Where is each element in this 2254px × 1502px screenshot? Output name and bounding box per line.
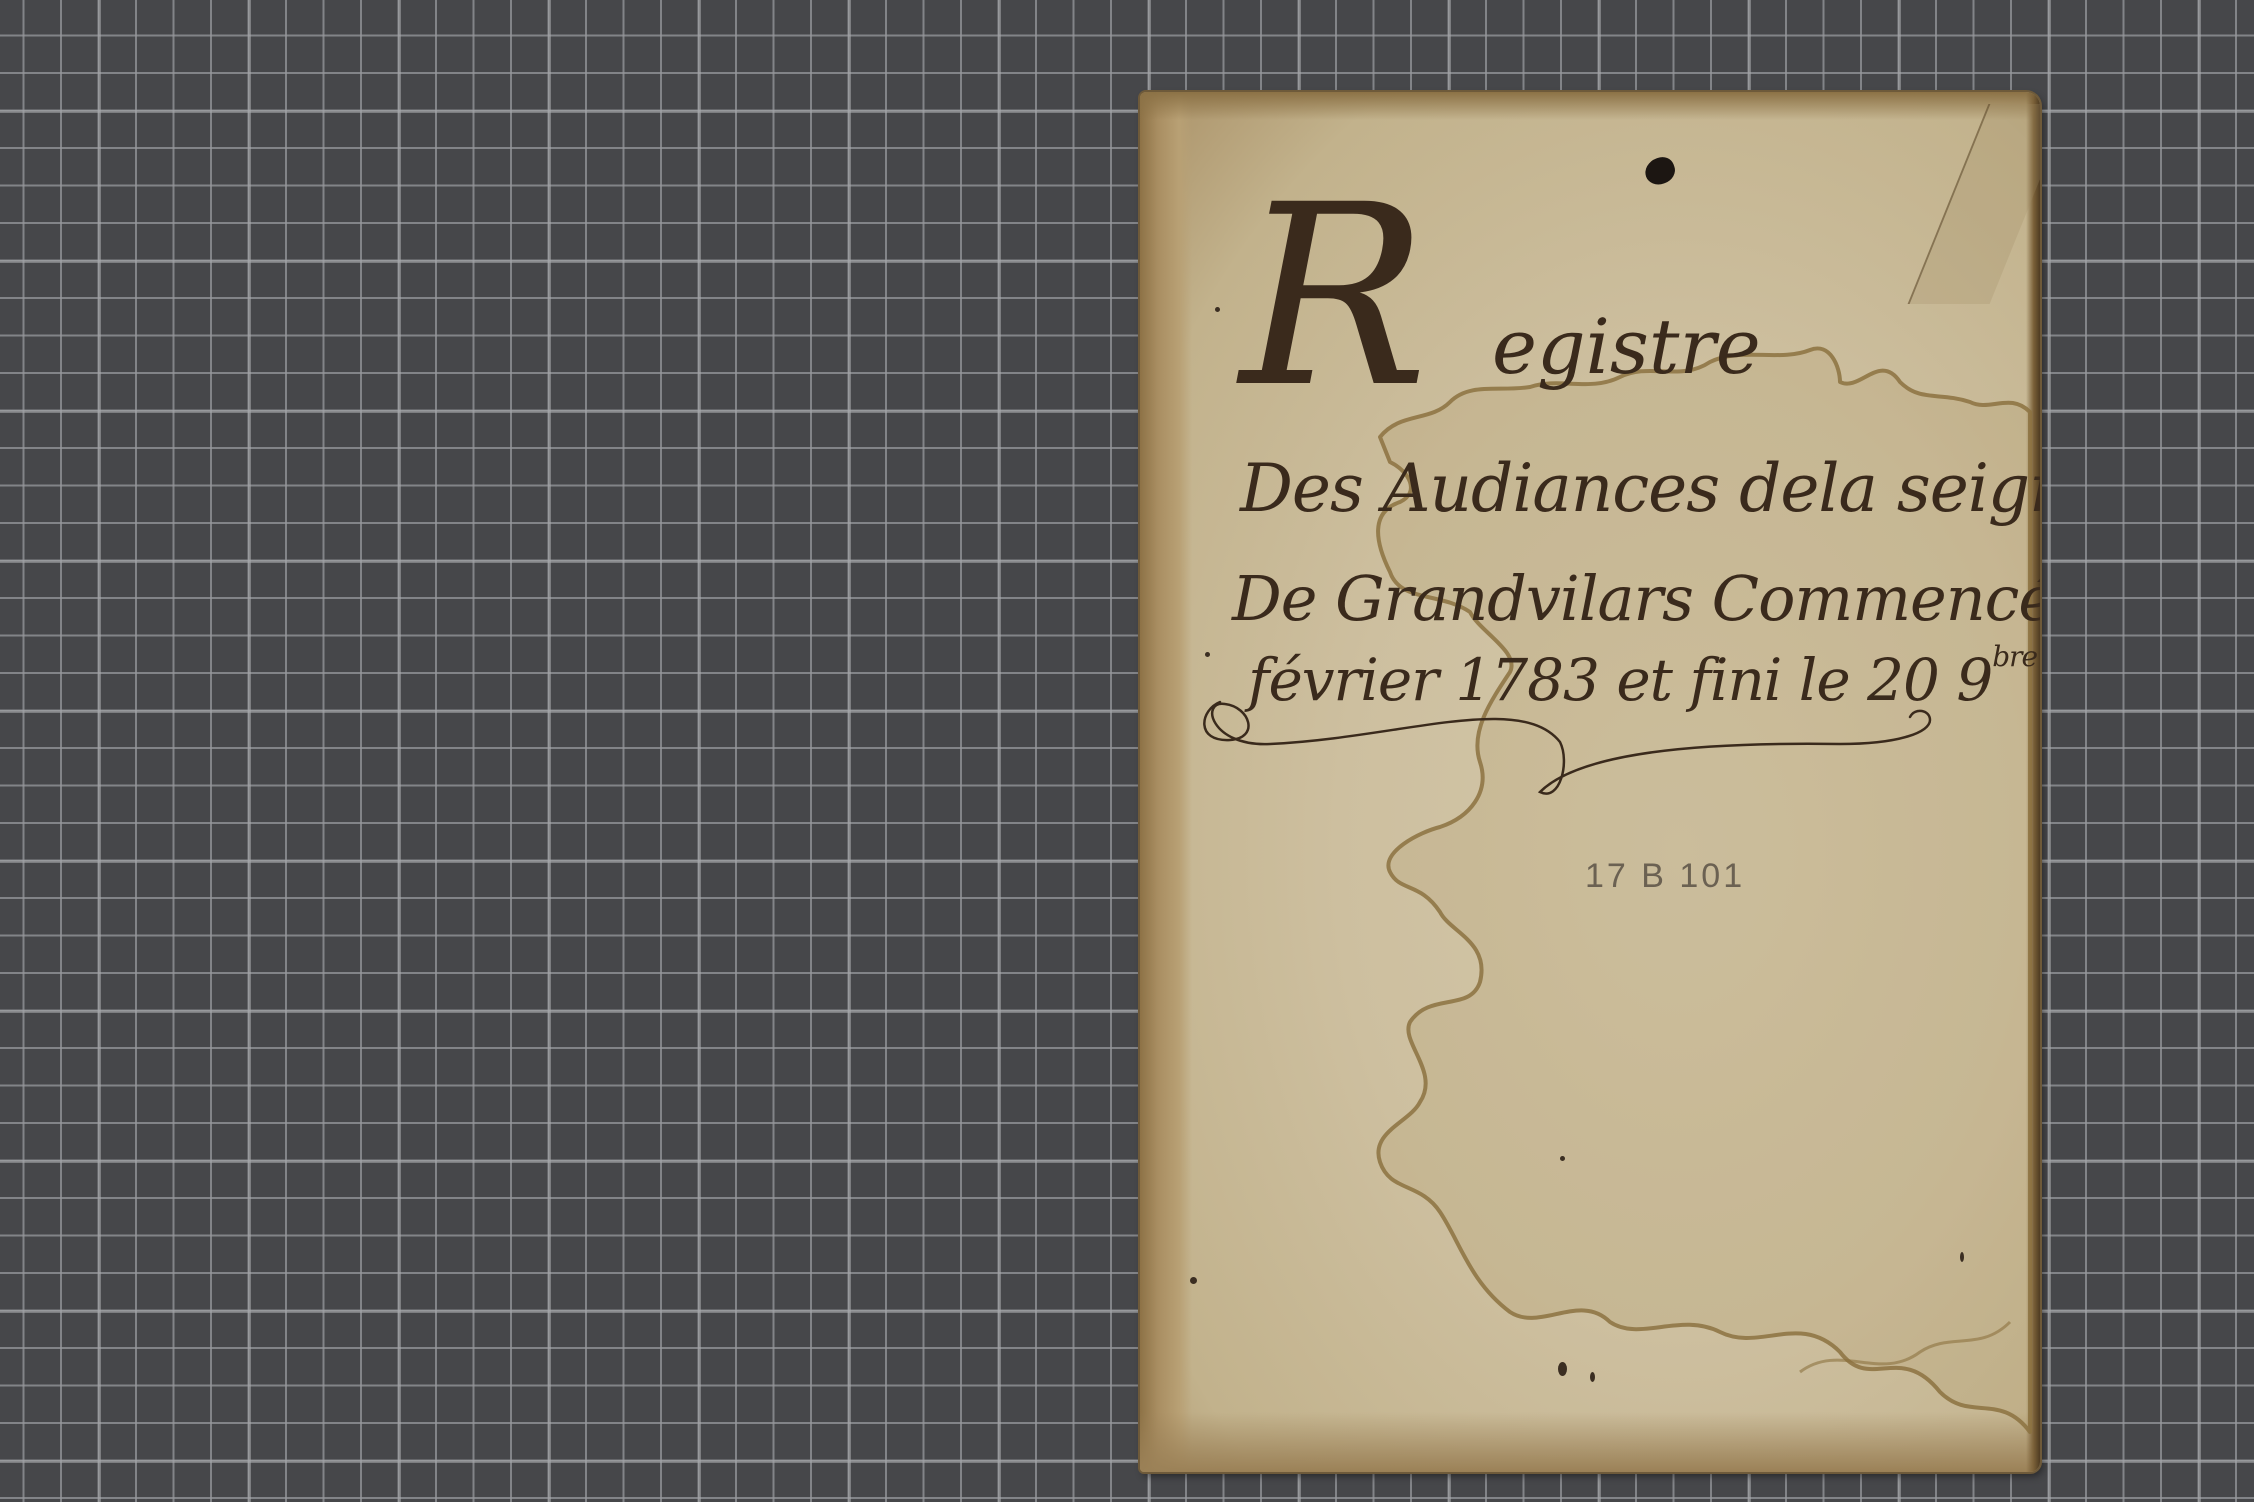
ink-fleck (1190, 1277, 1197, 1284)
catalog-mark: 17 B 101 (1585, 857, 1745, 896)
calligraphic-flourish (1140, 92, 2040, 1472)
ink-fleck (1205, 652, 1210, 657)
ink-fleck (1560, 1156, 1565, 1161)
ink-fleck (1558, 1362, 1567, 1376)
register-cover-page: R egistre Des Audiances dela seigneurie … (1140, 92, 2040, 1472)
ink-fleck (1215, 307, 1220, 312)
ink-fleck (1960, 1252, 1964, 1262)
ink-fleck (1590, 1372, 1595, 1382)
